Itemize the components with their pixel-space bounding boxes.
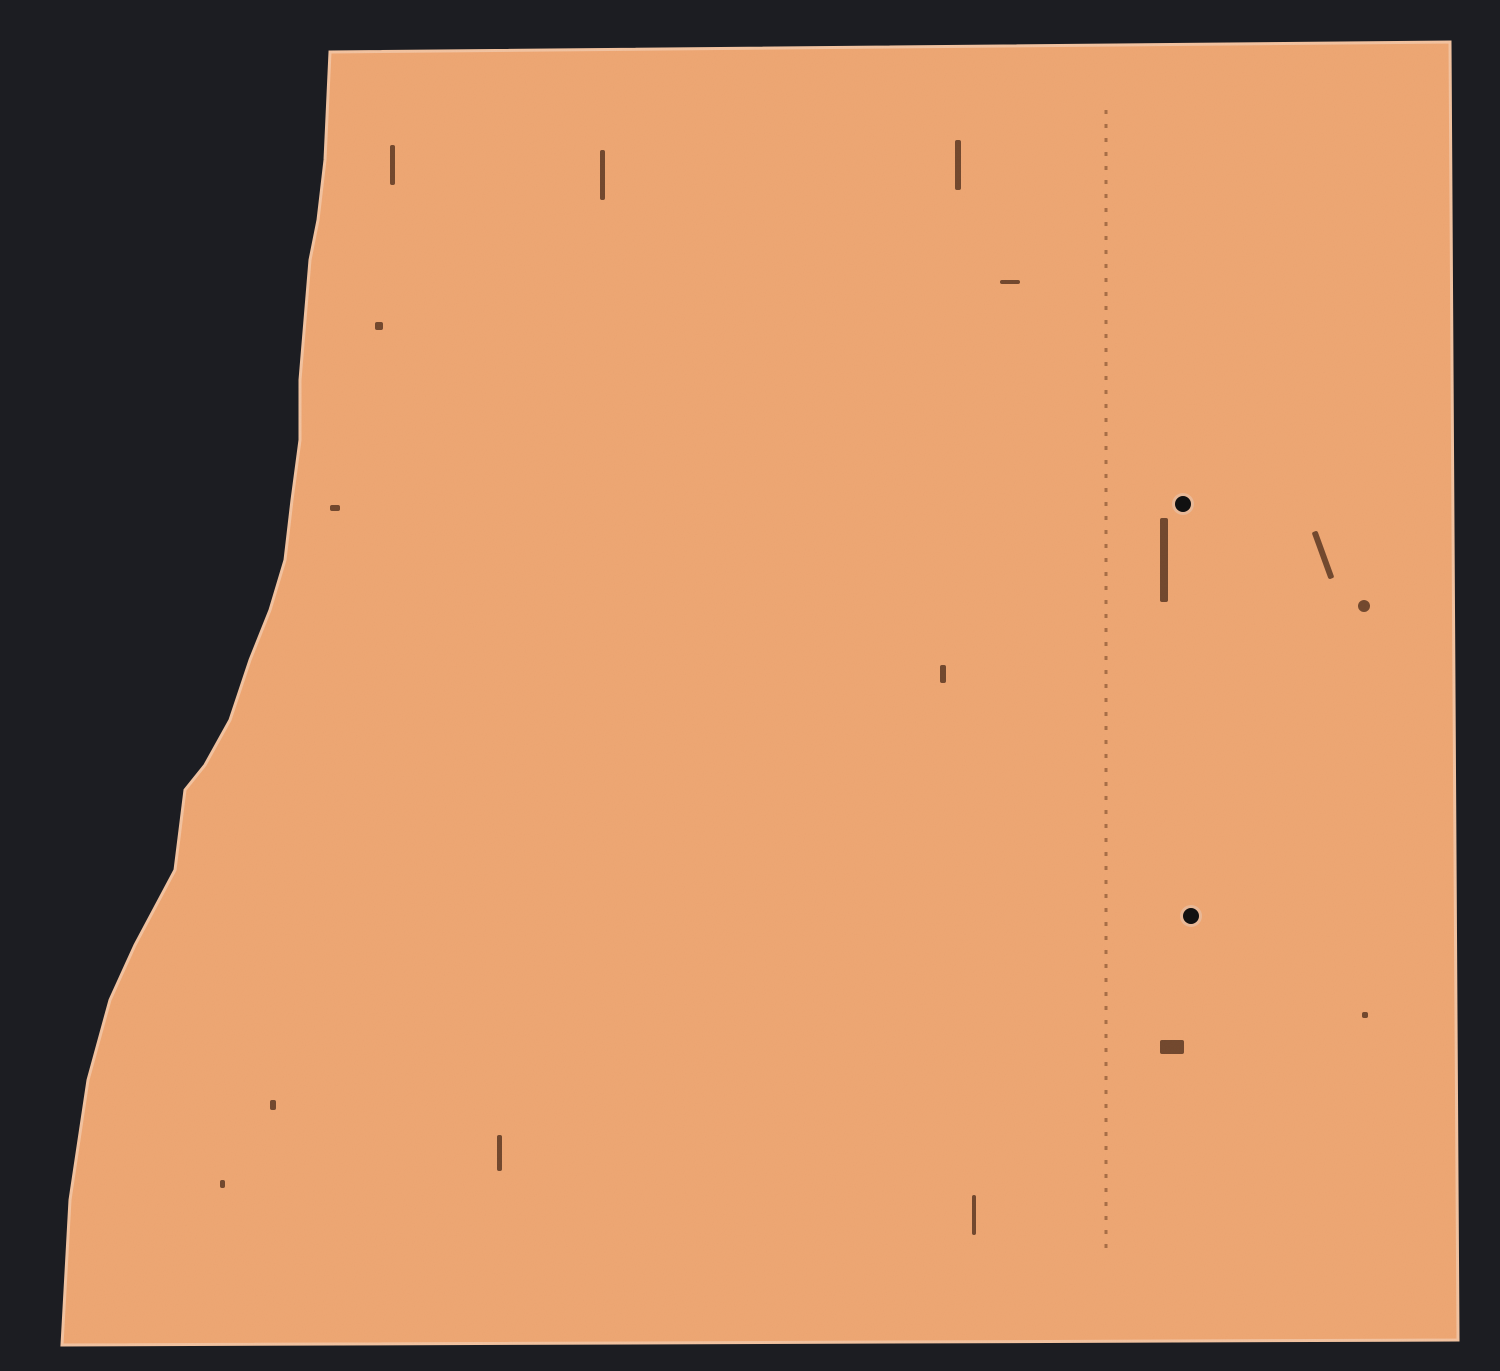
punch-hole xyxy=(1183,908,1199,924)
paper-fragment xyxy=(0,0,1500,1371)
photo-scene: Back side of a torn orange paper ticket … xyxy=(0,0,1500,1371)
punch-hole xyxy=(1175,496,1191,512)
